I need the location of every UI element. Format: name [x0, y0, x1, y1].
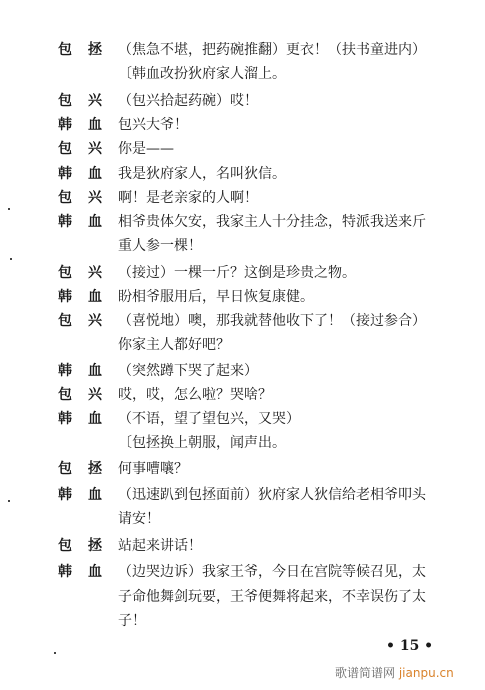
script-page: 包 拯 （焦急不堪，把药碗推翻）更衣！（扶书童进内） 〔韩血改扮狄府家人溜上。 …	[0, 0, 485, 690]
speaker-name: 包	[58, 310, 72, 332]
speaker-name: 韩	[58, 211, 72, 233]
dialogue-text: 子命他舞剑玩要，王爷便舞将起来，不幸误伤了太	[118, 586, 426, 608]
page-number: • 15 •	[386, 638, 433, 654]
speaker-name: 兴	[88, 138, 102, 160]
speaker-name: 血	[88, 211, 102, 233]
speaker-name: 血	[88, 360, 102, 382]
dialogue-text: （焦急不堪，把药碗推翻）更衣！（扶书童进内）	[118, 39, 426, 61]
dialogue-text: 〔韩血改扮狄府家人溜上。	[118, 63, 286, 85]
speaker-name: 包	[58, 262, 72, 284]
speaker-name: 包	[58, 458, 72, 480]
dialogue-text: （包兴拾起药碗）哎！	[118, 90, 258, 112]
speaker-name: 拯	[88, 535, 102, 557]
dialogue-text: 我是狄府家人，名叫狄信。	[118, 163, 286, 185]
dialogue-text: 盼相爷服用后，早日恢复康健。	[118, 286, 314, 308]
dialogue-text: 子！	[118, 610, 146, 632]
scan-speck	[8, 208, 10, 210]
speaker-name: 血	[88, 561, 102, 583]
dialogue-text: （突然蹲下哭了起来）	[118, 360, 258, 382]
speaker-name: 包	[58, 90, 72, 112]
dialogue-text: 〔包拯换上朝服，闻声出。	[118, 432, 286, 454]
dialogue-text: （接过）一棵一斤？这倒是珍贵之物。	[118, 262, 356, 284]
speaker-name: 拯	[88, 458, 102, 480]
dialogue-text: （不语，望了望包兴，又哭）	[118, 408, 300, 430]
scan-speck	[10, 258, 12, 260]
dialogue-text: 你家主人都好吧？	[118, 334, 230, 356]
speaker-name: 韩	[58, 163, 72, 185]
speaker-name: 血	[88, 286, 102, 308]
scan-speck	[54, 652, 56, 654]
speaker-name: 血	[88, 484, 102, 506]
speaker-name: 包	[58, 384, 72, 406]
speaker-name: 包	[58, 535, 72, 557]
speaker-name: 韩	[58, 360, 72, 382]
speaker-name: 拯	[88, 39, 102, 61]
speaker-name: 血	[88, 114, 102, 136]
dialogue-text: 相爷贵体欠安，我家主人十分挂念，特派我送来斤	[118, 211, 426, 233]
speaker-name: 兴	[88, 90, 102, 112]
dialogue-text: （喜悦地）噢，那我就替他收下了！（接过参合）	[118, 310, 426, 332]
speaker-name: 韩	[58, 408, 72, 430]
speaker-name: 兴	[88, 262, 102, 284]
speaker-name: 韩	[58, 114, 72, 136]
dialogue-text: 包兴大爷！	[118, 114, 188, 136]
watermark: 歌谱简谱网 jianpu.cn	[335, 664, 454, 681]
speaker-name: 包	[58, 138, 72, 160]
speaker-name: 韩	[58, 286, 72, 308]
speaker-name: 兴	[88, 384, 102, 406]
speaker-name: 兴	[88, 187, 102, 209]
speaker-name: 兴	[88, 310, 102, 332]
dialogue-text: 站起来讲话！	[118, 535, 202, 557]
dialogue-text: （边哭边诉）我家王爷，今日在宫院等候召见，太	[118, 561, 426, 583]
watermark-domain: jianpu.cn	[399, 666, 454, 680]
dialogue-text: 你是——	[118, 138, 174, 160]
speaker-name: 包	[58, 39, 72, 61]
dialogue-text: 何事嘈嚷？	[118, 458, 188, 480]
dialogue-text: （迅速趴到包拯面前）狄府家人狄信给老相爷叩头	[118, 484, 426, 506]
dialogue-text: 啊！是老亲家的人啊！	[118, 187, 258, 209]
dialogue-text: 请安！	[118, 508, 160, 530]
speaker-name: 韩	[58, 561, 72, 583]
dialogue-text: 哎，哎，怎么啦？哭啥？	[118, 384, 272, 406]
speaker-name: 包	[58, 187, 72, 209]
speaker-name: 血	[88, 408, 102, 430]
speaker-name: 血	[88, 163, 102, 185]
watermark-site: 歌谱简谱网	[335, 666, 395, 680]
speaker-name: 韩	[58, 484, 72, 506]
dialogue-text: 重人参一棵！	[118, 235, 202, 257]
scan-speck	[8, 500, 10, 502]
